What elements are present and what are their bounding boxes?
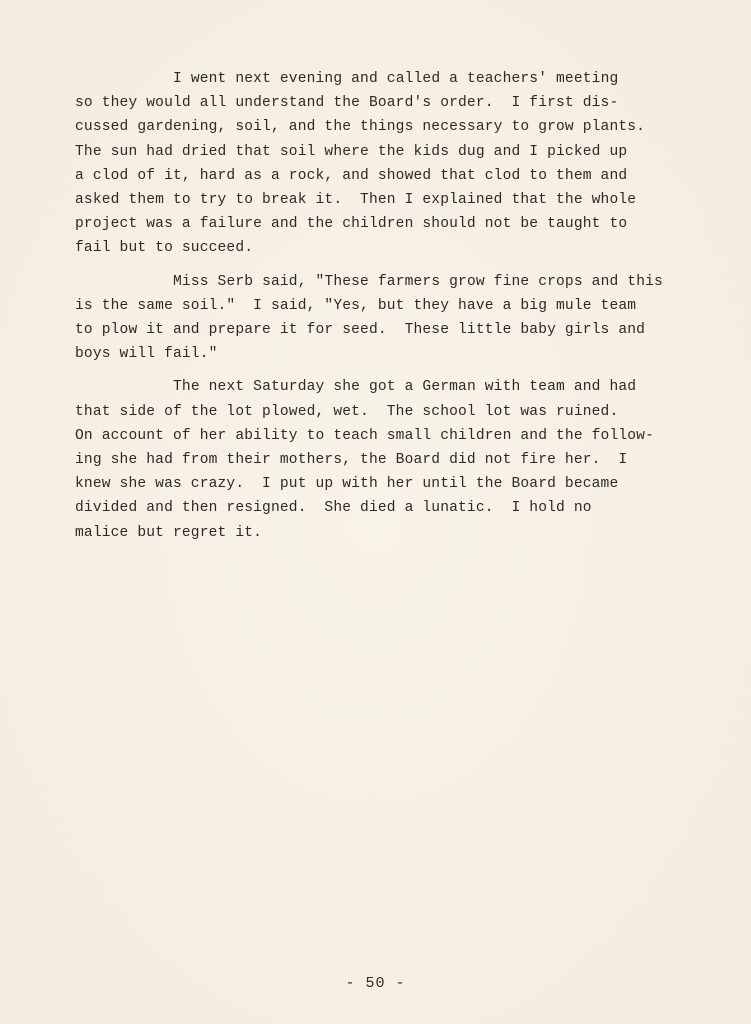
text-line: The next Saturday she got a German with … [75, 375, 715, 399]
text-line: fail but to succeed. [75, 236, 715, 260]
text-line: a clod of it, hard as a rock, and showed… [75, 164, 715, 188]
text-line: boys will fail." [75, 342, 715, 366]
text-line: On account of her ability to teach small… [75, 424, 715, 448]
text-line: that side of the lot plowed, wet. The sc… [75, 400, 715, 424]
text-line: Miss Serb said, "These farmers grow fine… [75, 270, 715, 294]
paragraph: I went next evening and called a teacher… [75, 67, 715, 261]
text-line: is the same soil." I said, "Yes, but the… [75, 294, 715, 318]
text-line: project was a failure and the children s… [75, 212, 715, 236]
typewritten-page: I went next evening and called a teacher… [0, 0, 751, 1024]
text-line: The sun had dried that soil where the ki… [75, 140, 715, 164]
text-line: to plow it and prepare it for seed. Thes… [75, 318, 715, 342]
text-line: cussed gardening, soil, and the things n… [75, 115, 715, 139]
paragraph: The next Saturday she got a German with … [75, 375, 715, 544]
paragraph: Miss Serb said, "These farmers grow fine… [75, 270, 715, 367]
text-line: I went next evening and called a teacher… [75, 67, 715, 91]
text-line: knew she was crazy. I put up with her un… [75, 472, 715, 496]
text-line: divided and then resigned. She died a lu… [75, 496, 715, 520]
text-line: so they would all understand the Board's… [75, 91, 715, 115]
text-line: asked them to try to break it. Then I ex… [75, 188, 715, 212]
page-number: - 50 - [0, 975, 751, 992]
text-line: ing she had from their mothers, the Boar… [75, 448, 715, 472]
body-text: I went next evening and called a teacher… [75, 67, 715, 554]
text-line: malice but regret it. [75, 521, 715, 545]
